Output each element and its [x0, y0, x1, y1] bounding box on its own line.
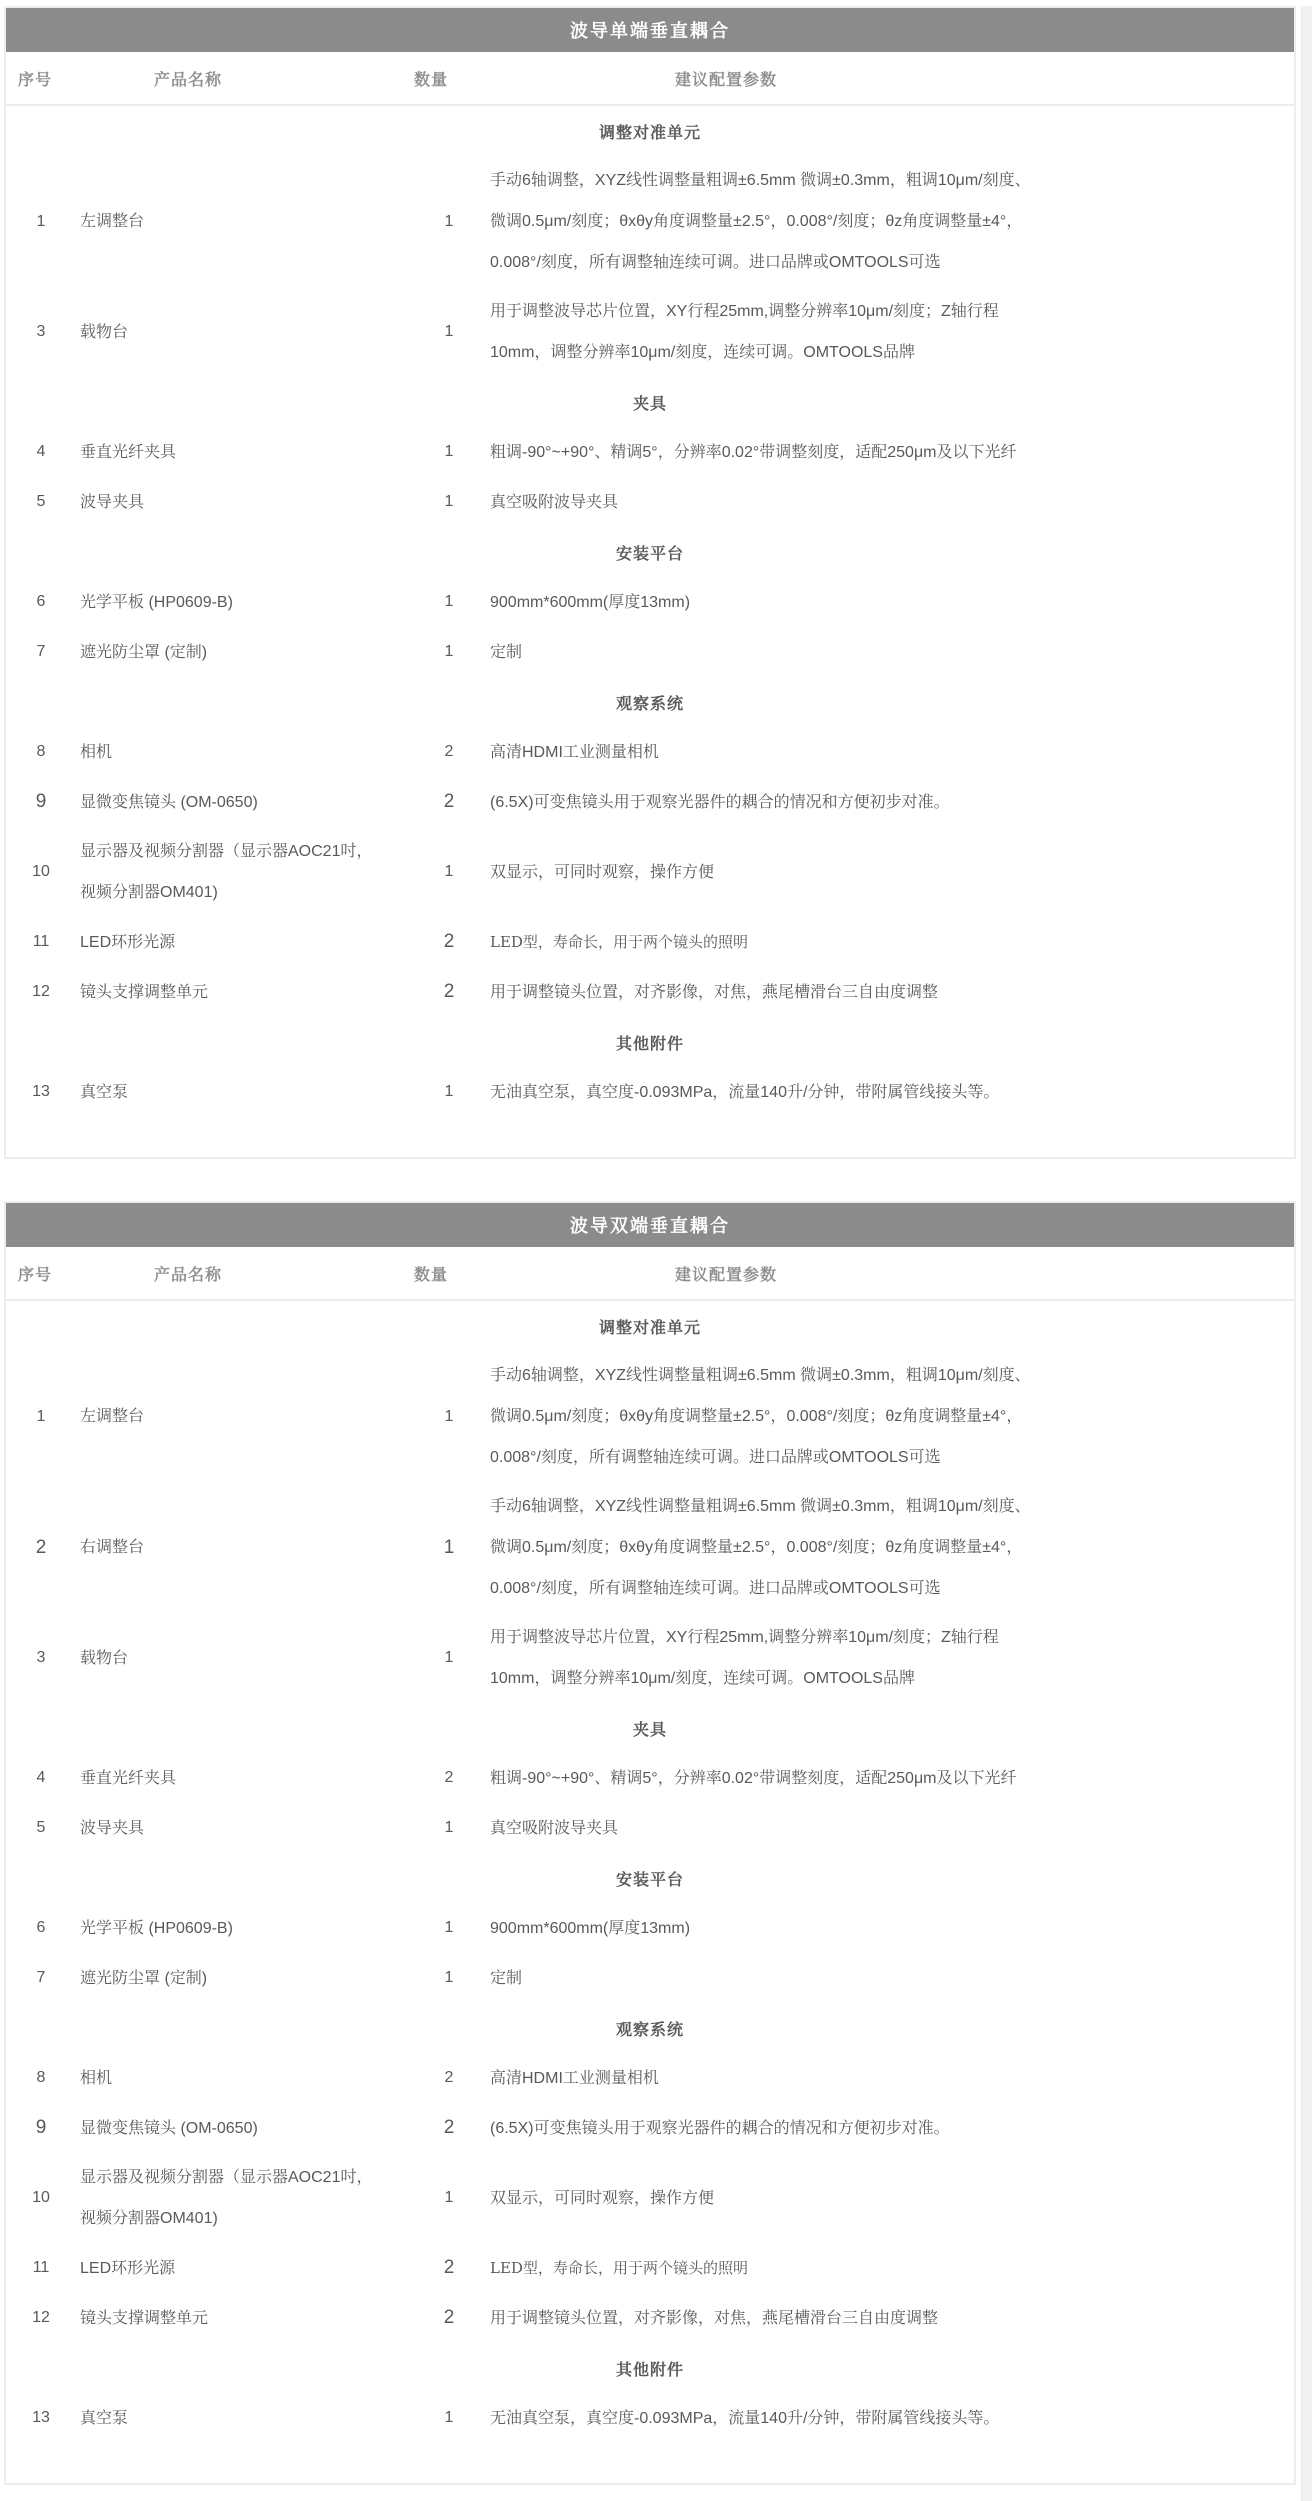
row-qty: 2 [408, 2117, 490, 2139]
text-line: 视频分割器OM401) [80, 2198, 408, 2239]
table-title-bar: 波导双端垂直耦合 [6, 1203, 1294, 1247]
row-seq: 6 [6, 1919, 76, 1937]
section-header: 其他附件 [6, 2343, 1294, 2393]
text-line: 真空吸附波导夹具 [490, 1808, 1278, 1849]
row-param: 无油真空泵，真空度-0.093MPa，流量140升/分钟，带附属管线接头等。 [490, 2398, 1294, 2439]
text-line: 垂直光纤夹具 [80, 432, 408, 473]
row-qty: 1 [408, 213, 490, 231]
table-title: 波导双端垂直耦合 [570, 1212, 730, 1238]
row-param: LED型，寿命长，用于两个镜头的照明 [490, 922, 1294, 963]
text-line: 垂直光纤夹具 [80, 1758, 408, 1799]
row-name: 真空泵 [76, 1072, 408, 1113]
row-seq: 12 [6, 2309, 76, 2327]
col-header-name: 产品名称 [76, 1262, 408, 1285]
text-line: LED环形光源 [80, 922, 408, 963]
row-seq: 3 [6, 323, 76, 341]
row-seq: 13 [6, 2409, 76, 2427]
row-param: 双显示，可同时观察，操作方便 [490, 2178, 1294, 2219]
row-name: 垂直光纤夹具 [76, 432, 408, 473]
table-row: 7遮光防尘罩 (定制)1定制 [6, 1953, 1294, 2003]
text-line: 左调整台 [80, 201, 408, 242]
table-row: 7遮光防尘罩 (定制)1定制 [6, 627, 1294, 677]
text-line: 粗调-90°~+90°、精调5°，分辨率0.02°带调整刻度，适配250μm及以… [490, 432, 1278, 473]
row-param: 用于调整镜头位置，对齐影像，对焦，燕尾槽滑台三自由度调整 [490, 2298, 1294, 2339]
table-row: 12镜头支撑调整单元2用于调整镜头位置，对齐影像，对焦，燕尾槽滑台三自由度调整 [6, 2293, 1294, 2343]
table-title: 波导单端垂直耦合 [570, 17, 730, 43]
table-row: 1左调整台1手动6轴调整，XYZ线性调整量粗调±6.5mm 微调±0.3mm，粗… [6, 156, 1294, 287]
row-param: LED型，寿命长，用于两个镜头的照明 [490, 2248, 1294, 2289]
row-param: 手动6轴调整，XYZ线性调整量粗调±6.5mm 微调±0.3mm，粗调10μm/… [490, 1355, 1294, 1478]
table-row: 5波导夹具1真空吸附波导夹具 [6, 1803, 1294, 1853]
text-line: 镜头支撑调整单元 [80, 972, 408, 1013]
row-seq: 8 [6, 743, 76, 761]
text-line: 载物台 [80, 1638, 408, 1679]
row-param: (6.5X)可变焦镜头用于观察光器件的耦合的情况和方便初步对准。 [490, 782, 1294, 823]
row-seq: 4 [6, 443, 76, 461]
table-row: 6光学平板 (HP0609-B)1900mm*600mm(厚度13mm) [6, 1903, 1294, 1953]
table-row: 12镜头支撑调整单元2用于调整镜头位置，对齐影像，对焦，燕尾槽滑台三自由度调整 [6, 967, 1294, 1017]
row-name: 左调整台 [76, 1396, 408, 1437]
row-param: 高清HDMI工业测量相机 [490, 2058, 1294, 2099]
row-param: 真空吸附波导夹具 [490, 482, 1294, 523]
row-param: 手动6轴调整，XYZ线性调整量粗调±6.5mm 微调±0.3mm，粗调10μm/… [490, 160, 1294, 283]
text-line: (6.5X)可变焦镜头用于观察光器件的耦合的情况和方便初步对准。 [490, 782, 1278, 823]
row-seq: 9 [6, 2117, 76, 2139]
table-row: 10显示器及视频分割器（显示器AOC21吋，视频分割器OM401)1双显示，可同… [6, 2153, 1294, 2243]
page: 波导单端垂直耦合 序号 产品名称 数量 建议配置参数 调整对准单元1左调整台1手… [0, 6, 1312, 2501]
section-header: 其他附件 [6, 1017, 1294, 1067]
table-row: 10显示器及视频分割器（显示器AOC21吋，视频分割器OM401)1双显示，可同… [6, 827, 1294, 917]
row-name: 遮光防尘罩 (定制) [76, 632, 408, 673]
section-title: 安装平台 [616, 541, 684, 564]
row-qty: 1 [408, 1819, 490, 1837]
row-qty: 1 [408, 1083, 490, 1101]
row-qty: 1 [408, 1537, 490, 1559]
section-title: 夹具 [633, 1717, 667, 1740]
text-line: LED环形光源 [80, 2248, 408, 2289]
spec-table-single-end: 波导单端垂直耦合 序号 产品名称 数量 建议配置参数 调整对准单元1左调整台1手… [4, 6, 1296, 1159]
row-name: 右调整台 [76, 1527, 408, 1568]
text-line: 右调整台 [80, 1527, 408, 1568]
row-name: LED环形光源 [76, 922, 408, 963]
section-header: 夹具 [6, 1703, 1294, 1753]
col-header-seq: 序号 [6, 67, 76, 90]
row-qty: 1 [408, 443, 490, 461]
section-header: 夹具 [6, 377, 1294, 427]
table-row: 13真空泵1无油真空泵，真空度-0.093MPa，流量140升/分钟，带附属管线… [6, 2393, 1294, 2443]
table-header-row: 序号 产品名称 数量 建议配置参数 [6, 1247, 1294, 1301]
row-name: 左调整台 [76, 201, 408, 242]
text-line: 手动6轴调整，XYZ线性调整量粗调±6.5mm 微调±0.3mm，粗调10μm/… [490, 160, 1278, 201]
row-qty: 2 [408, 2069, 490, 2087]
text-line: 手动6轴调整，XYZ线性调整量粗调±6.5mm 微调±0.3mm，粗调10μm/… [490, 1486, 1278, 1527]
row-seq: 6 [6, 593, 76, 611]
row-name: 镜头支撑调整单元 [76, 2298, 408, 2339]
text-line: 真空泵 [80, 2398, 408, 2439]
row-name: 光学平板 (HP0609-B) [76, 582, 408, 623]
text-line: 定制 [490, 1958, 1278, 1999]
text-line: 用于调整镜头位置，对齐影像，对焦，燕尾槽滑台三自由度调整 [490, 972, 1278, 1013]
text-line: 定制 [490, 632, 1278, 673]
row-name: 相机 [76, 732, 408, 773]
row-param: 定制 [490, 1958, 1294, 1999]
text-line: 显示器及视频分割器（显示器AOC21吋， [80, 831, 408, 872]
row-seq: 7 [6, 1969, 76, 1987]
table-row: 6光学平板 (HP0609-B)1900mm*600mm(厚度13mm) [6, 577, 1294, 627]
row-name: 波导夹具 [76, 1808, 408, 1849]
table-row: 4垂直光纤夹具2粗调-90°~+90°、精调5°，分辨率0.02°带调整刻度，适… [6, 1753, 1294, 1803]
text-line: 遮光防尘罩 (定制) [80, 632, 408, 673]
row-seq: 9 [6, 791, 76, 813]
text-line: 0.008°/刻度，所有调整轴连续可调。进口品牌或OMTOOLS可选 [490, 242, 1278, 283]
row-name: LED环形光源 [76, 2248, 408, 2289]
col-header-name: 产品名称 [76, 67, 408, 90]
text-line: 微调0.5μm/刻度；θxθy角度调整量±2.5°，0.008°/刻度；θz角度… [490, 1396, 1278, 1437]
text-line: 高清HDMI工业测量相机 [490, 732, 1278, 773]
row-qty: 1 [408, 2409, 490, 2427]
table-row: 9显微变焦镜头 (OM-0650)2(6.5X)可变焦镜头用于观察光器件的耦合的… [6, 2103, 1294, 2153]
row-seq: 10 [6, 863, 76, 881]
row-seq: 4 [6, 1769, 76, 1787]
table-row: 3载物台1用于调整波导芯片位置，XY行程25mm,调整分辨率10μm/刻度；Z轴… [6, 1613, 1294, 1703]
row-qty: 2 [408, 743, 490, 761]
col-header-param: 建议配置参数 [490, 1262, 1294, 1285]
text-line: 波导夹具 [80, 1808, 408, 1849]
row-name: 显示器及视频分割器（显示器AOC21吋，视频分割器OM401) [76, 2157, 408, 2239]
text-line: 900mm*600mm(厚度13mm) [490, 1908, 1278, 1949]
row-seq: 12 [6, 983, 76, 1001]
row-param: 用于调整镜头位置，对齐影像，对焦，燕尾槽滑台三自由度调整 [490, 972, 1294, 1013]
row-name: 镜头支撑调整单元 [76, 972, 408, 1013]
text-line: 载物台 [80, 312, 408, 353]
row-qty: 1 [408, 863, 490, 881]
text-line: 10mm，调整分辨率10μm/刻度，连续可调。OMTOOLS品牌 [490, 332, 1278, 373]
row-qty: 1 [408, 323, 490, 341]
row-qty: 1 [408, 1969, 490, 1987]
text-line: 相机 [80, 732, 408, 773]
row-name: 显示器及视频分割器（显示器AOC21吋，视频分割器OM401) [76, 831, 408, 913]
row-name: 显微变焦镜头 (OM-0650) [76, 782, 408, 823]
col-header-seq: 序号 [6, 1262, 76, 1285]
section-title: 其他附件 [616, 1031, 684, 1054]
row-name: 相机 [76, 2058, 408, 2099]
row-seq: 11 [6, 933, 76, 951]
text-line: 显示器及视频分割器（显示器AOC21吋， [80, 2157, 408, 2198]
section-title: 安装平台 [616, 1867, 684, 1890]
table-body: 调整对准单元1左调整台1手动6轴调整，XYZ线性调整量粗调±6.5mm 微调±0… [6, 106, 1294, 1157]
text-line: 无油真空泵，真空度-0.093MPa，流量140升/分钟，带附属管线接头等。 [490, 2398, 1278, 2439]
row-qty: 1 [408, 643, 490, 661]
section-header: 调整对准单元 [6, 106, 1294, 156]
row-qty: 2 [408, 2257, 490, 2279]
row-name: 垂直光纤夹具 [76, 1758, 408, 1799]
table-row: 5波导夹具1真空吸附波导夹具 [6, 477, 1294, 527]
text-line: 用于调整镜头位置，对齐影像，对焦，燕尾槽滑台三自由度调整 [490, 2298, 1278, 2339]
row-name: 光学平板 (HP0609-B) [76, 1908, 408, 1949]
row-seq: 1 [6, 1408, 76, 1426]
table-row: 8相机2高清HDMI工业测量相机 [6, 727, 1294, 777]
table-row: 9显微变焦镜头 (OM-0650)2(6.5X)可变焦镜头用于观察光器件的耦合的… [6, 777, 1294, 827]
row-param: 定制 [490, 632, 1294, 673]
section-header: 观察系统 [6, 2003, 1294, 2053]
row-qty: 1 [408, 1919, 490, 1937]
text-line: 双显示，可同时观察，操作方便 [490, 852, 1278, 893]
table-header-row: 序号 产品名称 数量 建议配置参数 [6, 52, 1294, 106]
row-qty: 2 [408, 1769, 490, 1787]
section-title: 调整对准单元 [599, 1315, 701, 1338]
text-line: 微调0.5μm/刻度；θxθy角度调整量±2.5°，0.008°/刻度；θz角度… [490, 201, 1278, 242]
row-param: 粗调-90°~+90°、精调5°，分辨率0.02°带调整刻度，适配250μm及以… [490, 1758, 1294, 1799]
row-param: 双显示，可同时观察，操作方便 [490, 852, 1294, 893]
row-seq: 7 [6, 643, 76, 661]
table-row: 8相机2高清HDMI工业测量相机 [6, 2053, 1294, 2103]
row-qty: 1 [408, 493, 490, 511]
text-line: 左调整台 [80, 1396, 408, 1437]
table-row: 3载物台1用于调整波导芯片位置，XY行程25mm,调整分辨率10μm/刻度；Z轴… [6, 287, 1294, 377]
text-line: 高清HDMI工业测量相机 [490, 2058, 1278, 2099]
text-line: 光学平板 (HP0609-B) [80, 582, 408, 623]
row-qty: 1 [408, 2189, 490, 2207]
text-line: LED型，寿命长，用于两个镜头的照明 [490, 922, 1278, 963]
text-line: 微调0.5μm/刻度；θxθy角度调整量±2.5°，0.008°/刻度；θz角度… [490, 1527, 1278, 1568]
col-header-qty: 数量 [408, 1262, 490, 1285]
row-param: 900mm*600mm(厚度13mm) [490, 582, 1294, 623]
text-line: 镜头支撑调整单元 [80, 2298, 408, 2339]
text-line: 用于调整波导芯片位置，XY行程25mm,调整分辨率10μm/刻度；Z轴行程 [490, 1617, 1278, 1658]
row-name: 载物台 [76, 312, 408, 353]
row-name: 波导夹具 [76, 482, 408, 523]
row-param: 手动6轴调整，XYZ线性调整量粗调±6.5mm 微调±0.3mm，粗调10μm/… [490, 1486, 1294, 1609]
row-param: 用于调整波导芯片位置，XY行程25mm,调整分辨率10μm/刻度；Z轴行程10m… [490, 1617, 1294, 1699]
row-seq: 10 [6, 2189, 76, 2207]
row-qty: 1 [408, 593, 490, 611]
text-line: 波导夹具 [80, 482, 408, 523]
text-line: 手动6轴调整，XYZ线性调整量粗调±6.5mm 微调±0.3mm，粗调10μm/… [490, 1355, 1278, 1396]
text-line: 视频分割器OM401) [80, 872, 408, 913]
text-line: 900mm*600mm(厚度13mm) [490, 582, 1278, 623]
text-line: 10mm，调整分辨率10μm/刻度，连续可调。OMTOOLS品牌 [490, 1658, 1278, 1699]
row-qty: 1 [408, 1408, 490, 1426]
table-body: 调整对准单元1左调整台1手动6轴调整，XYZ线性调整量粗调±6.5mm 微调±0… [6, 1301, 1294, 2483]
row-seq: 11 [6, 2259, 76, 2277]
row-param: (6.5X)可变焦镜头用于观察光器件的耦合的情况和方便初步对准。 [490, 2108, 1294, 2149]
row-seq: 5 [6, 493, 76, 511]
row-param: 真空吸附波导夹具 [490, 1808, 1294, 1849]
row-seq: 13 [6, 1083, 76, 1101]
section-header: 调整对准单元 [6, 1301, 1294, 1351]
row-seq: 5 [6, 1819, 76, 1837]
row-qty: 2 [408, 791, 490, 813]
text-line: 0.008°/刻度，所有调整轴连续可调。进口品牌或OMTOOLS可选 [490, 1568, 1278, 1609]
row-qty: 1 [408, 1649, 490, 1667]
scrollbar[interactable] [1301, 6, 1312, 2501]
row-seq: 1 [6, 213, 76, 231]
text-line: 0.008°/刻度，所有调整轴连续可调。进口品牌或OMTOOLS可选 [490, 1437, 1278, 1478]
spec-table-double-end: 波导双端垂直耦合 序号 产品名称 数量 建议配置参数 调整对准单元1左调整台1手… [4, 1201, 1296, 2485]
text-line: 光学平板 (HP0609-B) [80, 1908, 408, 1949]
text-line: 显微变焦镜头 (OM-0650) [80, 2108, 408, 2149]
section-header: 观察系统 [6, 677, 1294, 727]
row-param: 无油真空泵，真空度-0.093MPa，流量140升/分钟，带附属管线接头等。 [490, 1072, 1294, 1113]
text-line: 粗调-90°~+90°、精调5°，分辨率0.02°带调整刻度，适配250μm及以… [490, 1758, 1278, 1799]
section-header: 安装平台 [6, 1853, 1294, 1903]
text-line: 用于调整波导芯片位置，XY行程25mm,调整分辨率10μm/刻度；Z轴行程 [490, 291, 1278, 332]
text-line: 真空吸附波导夹具 [490, 482, 1278, 523]
text-line: 双显示，可同时观察，操作方便 [490, 2178, 1278, 2219]
row-name: 遮光防尘罩 (定制) [76, 1958, 408, 1999]
row-qty: 2 [408, 931, 490, 953]
row-param: 高清HDMI工业测量相机 [490, 732, 1294, 773]
col-header-param: 建议配置参数 [490, 67, 1294, 90]
section-title: 其他附件 [616, 2357, 684, 2380]
table-row: 11LED环形光源2LED型，寿命长，用于两个镜头的照明 [6, 2243, 1294, 2293]
section-title: 调整对准单元 [599, 120, 701, 143]
row-qty: 2 [408, 2307, 490, 2329]
row-name: 载物台 [76, 1638, 408, 1679]
text-line: 显微变焦镜头 (OM-0650) [80, 782, 408, 823]
text-line: 相机 [80, 2058, 408, 2099]
row-name: 显微变焦镜头 (OM-0650) [76, 2108, 408, 2149]
table-row: 4垂直光纤夹具1粗调-90°~+90°、精调5°，分辨率0.02°带调整刻度，适… [6, 427, 1294, 477]
row-qty: 2 [408, 981, 490, 1003]
table-title-bar: 波导单端垂直耦合 [6, 8, 1294, 52]
section-title: 夹具 [633, 391, 667, 414]
col-header-qty: 数量 [408, 67, 490, 90]
text-line: 无油真空泵，真空度-0.093MPa，流量140升/分钟，带附属管线接头等。 [490, 1072, 1278, 1113]
row-name: 真空泵 [76, 2398, 408, 2439]
section-title: 观察系统 [616, 2017, 684, 2040]
row-seq: 3 [6, 1649, 76, 1667]
table-row: 13真空泵1无油真空泵，真空度-0.093MPa，流量140升/分钟，带附属管线… [6, 1067, 1294, 1117]
text-line: 真空泵 [80, 1072, 408, 1113]
row-param: 粗调-90°~+90°、精调5°，分辨率0.02°带调整刻度，适配250μm及以… [490, 432, 1294, 473]
table-row: 11LED环形光源2LED型，寿命长，用于两个镜头的照明 [6, 917, 1294, 967]
row-seq: 8 [6, 2069, 76, 2087]
row-param: 900mm*600mm(厚度13mm) [490, 1908, 1294, 1949]
table-row: 2右调整台1手动6轴调整，XYZ线性调整量粗调±6.5mm 微调±0.3mm，粗… [6, 1482, 1294, 1613]
text-line: LED型，寿命长，用于两个镜头的照明 [490, 2248, 1278, 2289]
text-line: 遮光防尘罩 (定制) [80, 1958, 408, 1999]
row-seq: 2 [6, 1537, 76, 1559]
section-title: 观察系统 [616, 691, 684, 714]
section-header: 安装平台 [6, 527, 1294, 577]
text-line: (6.5X)可变焦镜头用于观察光器件的耦合的情况和方便初步对准。 [490, 2108, 1278, 2149]
row-param: 用于调整波导芯片位置，XY行程25mm,调整分辨率10μm/刻度；Z轴行程10m… [490, 291, 1294, 373]
table-row: 1左调整台1手动6轴调整，XYZ线性调整量粗调±6.5mm 微调±0.3mm，粗… [6, 1351, 1294, 1482]
